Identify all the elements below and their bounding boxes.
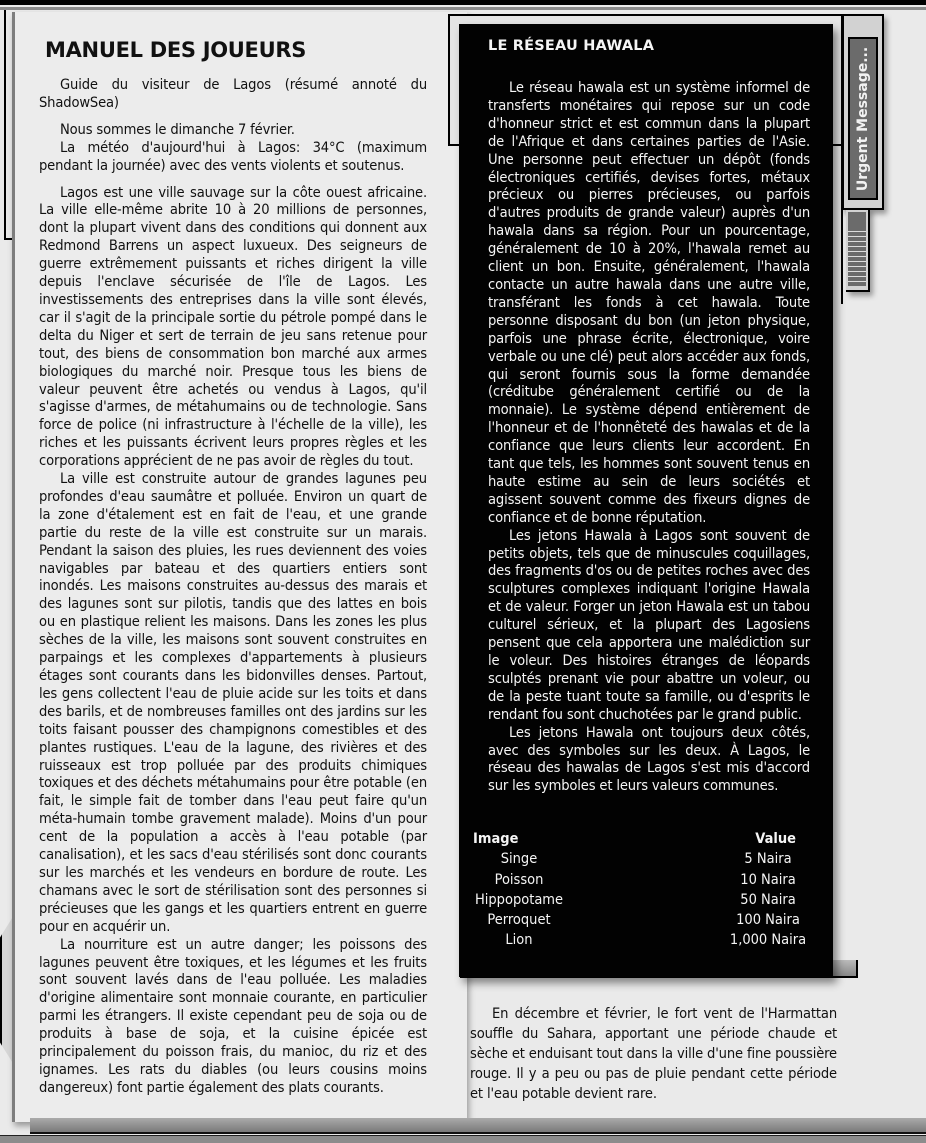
header-image: Image (473, 829, 565, 849)
cell-image: Poisson (473, 870, 565, 890)
main-column: MANUEL DES JOUEURS Guide du visiteur de … (39, 30, 427, 1097)
top-border-secondary (0, 7, 926, 10)
bottom-frame-edge (0, 1135, 926, 1143)
intro-block: Guide du visiteur de Lagos (résumé annot… (39, 76, 427, 1097)
table-row: Lion 1,000 Naira (473, 930, 813, 950)
bottom-frame-band (30, 1118, 926, 1134)
cell-value: 5 Naira (723, 849, 813, 869)
urgent-tab-label-wrap[interactable]: Urgent Message... (848, 37, 878, 200)
sidebar-paragraph: Les jetons Hawala à Lagos sont souvent d… (488, 527, 810, 724)
cell-image: Perroquet (473, 910, 565, 930)
cell-image: Hippopotame (473, 890, 565, 910)
barcode-block (848, 212, 866, 230)
guide-line: Guide du visiteur de Lagos (résumé annot… (39, 76, 427, 112)
table-row: Hippopotame 50 Naira (473, 890, 813, 910)
cell-image: Singe (473, 849, 565, 869)
cell-value: 100 Naira (723, 910, 813, 930)
weather-line: La météo d'aujourd'hui à Lagos: 34°C (ma… (39, 139, 427, 175)
paragraph: La ville est construite autour de grande… (39, 470, 427, 936)
sidebar-title: LE RÉSEAU HAWALA (488, 38, 654, 54)
hawala-sidebar: LE RÉSEAU HAWALA Le réseau hawala est un… (459, 24, 833, 977)
table-row: Singe 5 Naira (473, 849, 813, 869)
table-header-row: Image Value (473, 829, 813, 849)
cell-value: 10 Naira (723, 870, 813, 890)
urgent-tab-label: Urgent Message... (855, 46, 871, 190)
sidebar-paragraph: Les jetons Hawala ont toujours deux côté… (488, 724, 810, 796)
harmattan-paragraph: En décembre et février, le fort vent de … (470, 1004, 837, 1104)
token-value-table: Image Value Singe 5 Naira Poisson 10 Nai… (473, 829, 813, 951)
table-row: Poisson 10 Naira (473, 870, 813, 890)
paragraph: La nourriture est un autre danger; les p… (39, 936, 427, 1097)
sidebar-paragraph: Le réseau hawala est un système informel… (488, 79, 810, 527)
date-line: Nous sommes le dimanche 7 février. (39, 121, 427, 139)
table-row: Perroquet 100 Naira (473, 910, 813, 930)
top-border (0, 0, 926, 5)
sidebar-body: Le réseau hawala est un système informel… (488, 79, 810, 795)
page-title: MANUEL DES JOUEURS (45, 38, 427, 62)
cell-image: Lion (473, 930, 565, 950)
header-value: Value (565, 829, 813, 849)
paragraph: Lagos est une ville sauvage sur la côte … (39, 184, 427, 471)
cell-value: 50 Naira (723, 890, 813, 910)
cell-value: 1,000 Naira (723, 930, 813, 950)
after-box-text: En décembre et février, le fort vent de … (470, 1004, 837, 1104)
